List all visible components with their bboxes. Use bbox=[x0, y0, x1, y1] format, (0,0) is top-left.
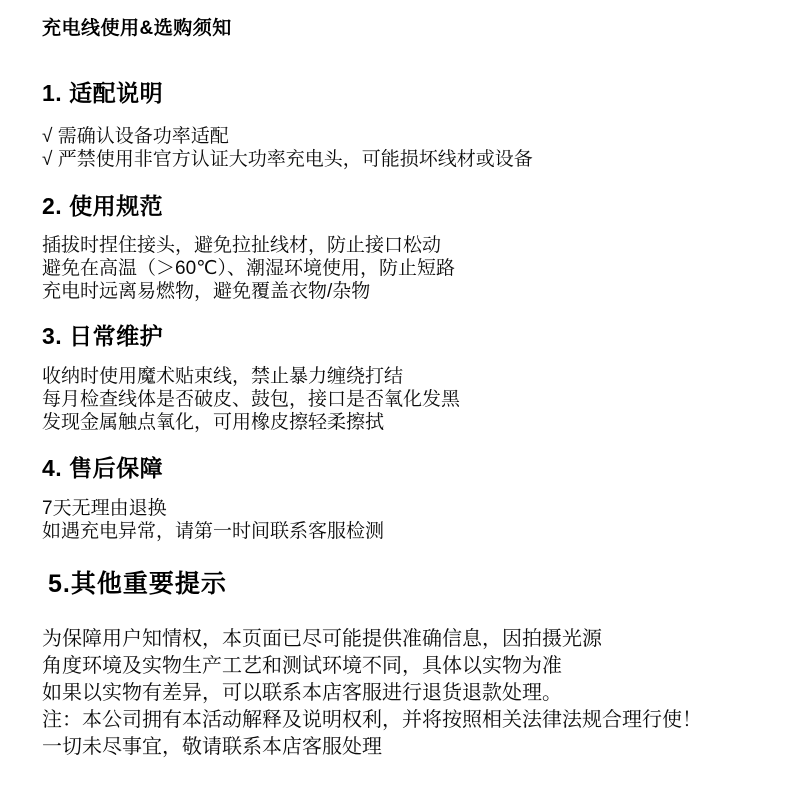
section-after-sales: 4. 售后保障 7天无理由退换 如遇充电异常，请第一时间联系客服检测 bbox=[42, 455, 764, 543]
text-line: √ 严禁使用非官方认证大功率充电头，可能损坏线材或设备 bbox=[42, 148, 764, 171]
text-line: 每月检查线体是否破皮、鼓包，接口是否氧化发黑 bbox=[42, 388, 764, 411]
page-title: 充电线使用&选购须知 bbox=[42, 18, 764, 40]
section-daily-maintenance: 3. 日常维护 收纳时使用魔术贴束线，禁止暴力缠绕打结 每月检查线体是否破皮、鼓… bbox=[42, 323, 764, 434]
text-line: 7天无理由退换 bbox=[42, 497, 764, 520]
text-line: 一切未尽事宜，敬请联系本店客服处理 bbox=[42, 734, 764, 761]
section-4-heading: 4. 售后保障 bbox=[42, 455, 764, 482]
text-line: 如遇充电异常，请第一时间联系客服检测 bbox=[42, 520, 764, 543]
text-line: 插拔时捏住接头，避免拉扯线材，防止接口松动 bbox=[42, 234, 764, 257]
text-line: 如果以实物有差异，可以联系本店客服进行退货退款处理。 bbox=[42, 680, 764, 707]
section-2-heading: 2. 使用规范 bbox=[42, 193, 764, 220]
section-3-body: 收纳时使用魔术贴束线，禁止暴力缠绕打结 每月检查线体是否破皮、鼓包，接口是否氧化… bbox=[42, 365, 764, 434]
text-line: 为保障用户知情权，本页面已尽可能提供准确信息，因拍摄光源 bbox=[42, 626, 764, 653]
text-line: 充电时远离易燃物，避免覆盖衣物/杂物 bbox=[42, 280, 764, 303]
text-line: 注：本公司拥有本活动解释及说明权利，并将按照相关法律法规合理行使！ bbox=[42, 707, 764, 734]
section-adaptation: 1. 适配说明 √ 需确认设备功率适配 √ 严禁使用非官方认证大功率充电头，可能… bbox=[42, 80, 764, 171]
section-4-body: 7天无理由退换 如遇充电异常，请第一时间联系客服检测 bbox=[42, 497, 764, 543]
section-1-heading: 1. 适配说明 bbox=[42, 80, 764, 107]
text-line: 角度环境及实物生产工艺和测试环境不同，具体以实物为准 bbox=[42, 653, 764, 680]
notice-document: 充电线使用&选购须知 1. 适配说明 √ 需确认设备功率适配 √ 严禁使用非官方… bbox=[0, 0, 800, 800]
section-1-body: √ 需确认设备功率适配 √ 严禁使用非官方认证大功率充电头，可能损坏线材或设备 bbox=[42, 125, 764, 171]
text-line: 发现金属触点氧化，可用橡皮擦轻柔擦拭 bbox=[42, 411, 764, 434]
text-line: √ 需确认设备功率适配 bbox=[42, 125, 764, 148]
section-2-body: 插拔时捏住接头，避免拉扯线材，防止接口松动 避免在高温（＞60℃）、潮湿环境使用… bbox=[42, 234, 764, 303]
section-other-notes: 5.其他重要提示 为保障用户知情权，本页面已尽可能提供准确信息，因拍摄光源 角度… bbox=[42, 569, 764, 761]
section-5-heading: 5.其他重要提示 bbox=[42, 569, 764, 599]
section-usage-rules: 2. 使用规范 插拔时捏住接头，避免拉扯线材，防止接口松动 避免在高温（＞60℃… bbox=[42, 193, 764, 303]
text-line: 避免在高温（＞60℃）、潮湿环境使用，防止短路 bbox=[42, 257, 764, 280]
section-5-body: 为保障用户知情权，本页面已尽可能提供准确信息，因拍摄光源 角度环境及实物生产工艺… bbox=[42, 626, 764, 761]
text-line: 收纳时使用魔术贴束线，禁止暴力缠绕打结 bbox=[42, 365, 764, 388]
section-3-heading: 3. 日常维护 bbox=[42, 323, 764, 350]
